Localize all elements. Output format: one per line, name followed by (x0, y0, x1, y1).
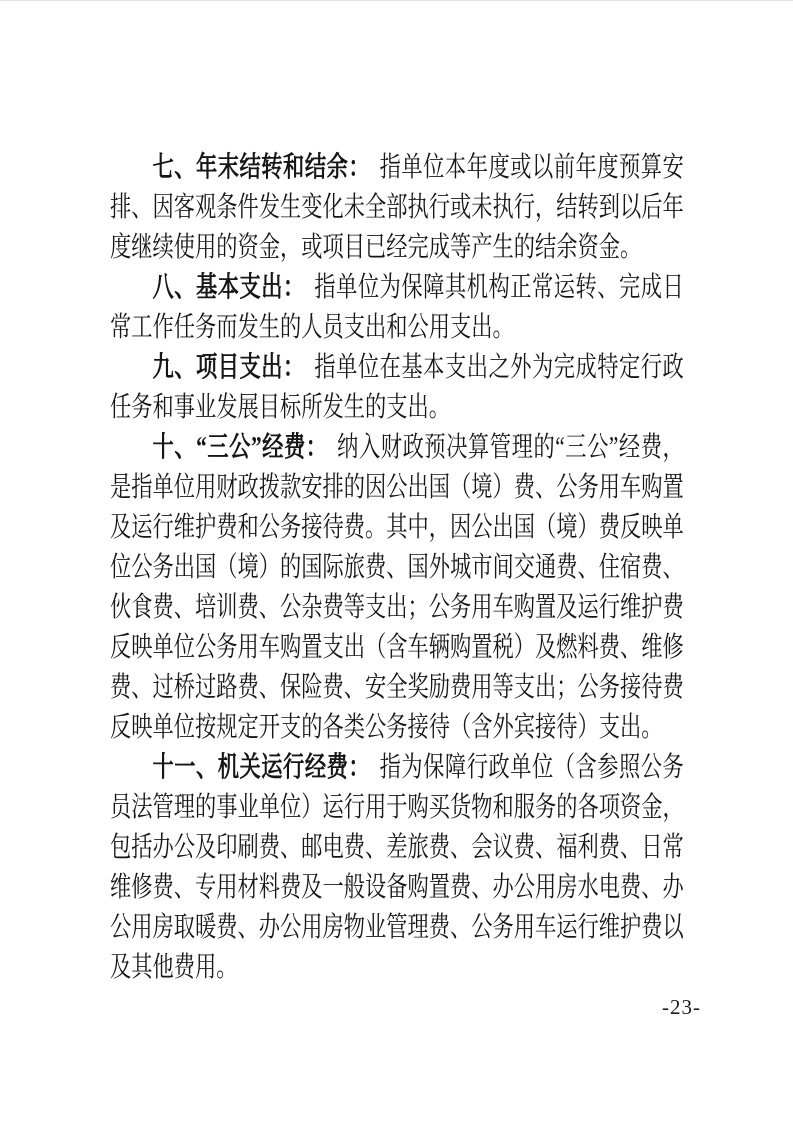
term-heading: 十、“三公”经费： (153, 432, 328, 463)
document-page: 七、年末结转和结余：指单位本年度或以前年度预算安排、因客观条件发生变化未全部执行… (0, 0, 793, 1122)
term-definition: 纳入财政预决算管理的“三公”经费，是指单位用财政拨款安排的因公出国（境）费、公务… (110, 432, 684, 743)
term-definition: 指为保障行政单位（含参照公务员法管理的事业单位）运行用于购买货物和服务的各项资金… (110, 752, 684, 983)
term-heading: 八、基本支出： (153, 272, 305, 303)
document-body: 七、年末结转和结余：指单位本年度或以前年度预算安排、因客观条件发生变化未全部执行… (110, 148, 684, 988)
glossary-paragraph-8: 八、基本支出：指单位为保障其机构正常运转、完成日常工作任务而发生的人员支出和公用… (110, 268, 684, 348)
glossary-paragraph-10: 十、“三公”经费：纳入财政预决算管理的“三公”经费，是指单位用财政拨款安排的因公… (110, 428, 684, 748)
glossary-paragraph-11: 十一、机关运行经费：指为保障行政单位（含参照公务员法管理的事业单位）运行用于购买… (110, 748, 684, 988)
term-heading: 九、项目支出： (153, 352, 305, 383)
glossary-paragraph-9: 九、项目支出：指单位在基本支出之外为完成特定行政任务和事业发展目标所发生的支出。 (110, 348, 684, 428)
page-number: -23- (662, 995, 701, 1020)
term-heading: 十一、机关运行经费： (153, 752, 371, 783)
term-heading: 七、年末结转和结余： (153, 152, 371, 183)
glossary-paragraph-7: 七、年末结转和结余：指单位本年度或以前年度预算安排、因客观条件发生变化未全部执行… (110, 148, 684, 268)
